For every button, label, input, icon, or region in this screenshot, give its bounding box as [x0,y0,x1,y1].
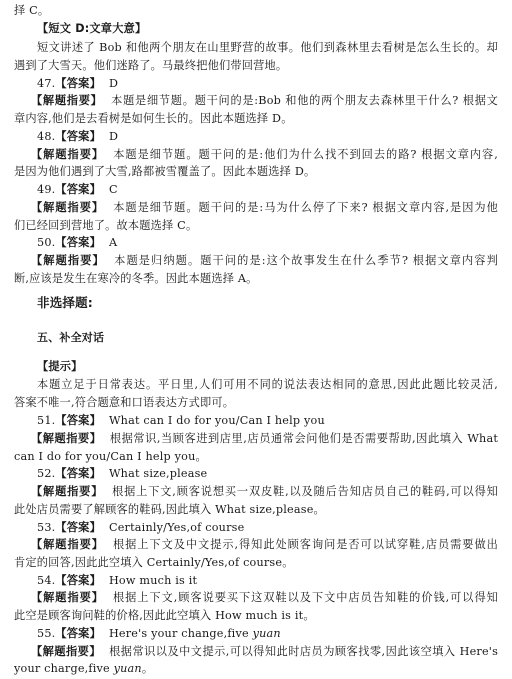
answer-label: 【答案】 [55,574,101,587]
answer-47: 47.【答案】D [37,77,498,91]
explanation-50-line1: 【解题指要】 本题是归纳题。题干问的是:这个故事发生在什么季节? 根据文章内容判 [31,254,498,268]
answer-value: C [109,183,118,196]
question-number: 51. [37,414,55,427]
explanation-55-line1: 【解题指要】 根据常识以及中文提示,可以得知此时店员为顾客找零,因此该空填入 H… [31,645,498,659]
question-number: 53. [37,521,55,534]
answer-label: 【答案】 [55,183,101,196]
answer-label: 【答案】 [55,414,101,427]
answer-55: 55.【答案】Here's your change,five yuan [37,627,498,641]
answer-51: 51.【答案】What can I do for you/Can I help … [37,414,498,428]
explanation-label: 【解题指要】 [31,591,104,604]
explanation-label: 【解题指要】 [31,148,104,161]
answer-value-italic: yuan [253,627,281,640]
answer-value: What size,please [109,467,207,480]
explanation-49-line2: 们已经回到营地了。故本题选择 C。 [14,219,498,233]
explanation-53-line2: 肯定的回答,因此此空填入 Certainly/Yes,of course。 [14,556,498,570]
explanation-label: 【解题指要】 [31,201,104,214]
answer-value: Here's your change,five yuan [109,627,281,640]
passage-d-summary-line2: 遇到了大雪天。他们迷路了。马最终把他们带回营地。 [14,59,498,73]
answer-value: D [109,130,118,143]
explanation-50-line2: 断,应该是发生在寒冷的冬季。因此本题选择 A。 [14,272,498,286]
explanation-47-line2: 章内容,他们是去看树是如何生长的。因此本题选择 D。 [14,112,498,126]
question-number: 55. [37,627,55,640]
section-title-non-choice: 非选择题: [37,296,498,310]
explanation-text: 本题是归纳题。题干问的是:这个故事发生在什么季节? 根据文章内容判 [114,254,498,267]
answer-52: 52.【答案】What size,please [37,467,498,481]
hint-line2: 答案不唯一,符合题意和口语表达方式即可。 [14,396,498,410]
explanation-52-line2: 此处店员需要了解顾客的鞋码,因此填入 What size,please。 [14,503,498,517]
explanation-suffix: 。 [142,662,153,675]
explanation-52-line1: 【解题指要】 根据上下文,顾客说想买一双皮鞋,以及随后告知店员自己的鞋码,可以得… [31,485,498,499]
answer-value: How much is it [109,574,197,587]
answer-label: 【答案】 [55,236,101,249]
part-five-title: 五、补全对话 [37,331,498,345]
answer-48: 48.【答案】D [37,130,498,144]
question-number: 52. [37,467,55,480]
answer-label: 【答案】 [55,627,101,640]
answer-49: 49.【答案】C [37,183,498,197]
explanation-text: 根据上下文,顾客说要买下这双鞋以及下文中店员告知鞋的价钱,可以得知 [113,591,498,604]
answer-value-text: Here's your change,five [109,627,253,640]
question-number: 47. [37,77,55,90]
answer-value: D [109,77,118,90]
passage-d-title: 【短文 D:文章大意】 [37,22,498,36]
explanation-54-line1: 【解题指要】 根据上下文,顾客说要买下这双鞋以及下文中店员告知鞋的价钱,可以得知 [31,591,498,605]
hint-line1: 本题立足于日常表达。平日里,人们可用不同的说法表达相同的意思,因此此题比较灵活, [37,378,498,392]
carryover-text: 择 C。 [14,4,498,18]
answer-value: Certainly/Yes,of course [109,521,244,534]
answer-53: 53.【答案】Certainly/Yes,of course [37,521,498,535]
explanation-label: 【解题指要】 [31,485,103,498]
explanation-italic: yuan [114,662,142,675]
explanation-text: 根据上下文,顾客说想买一双皮鞋,以及随后告知店员自己的鞋码,可以得知 [112,485,498,498]
explanation-49-line1: 【解题指要】 本题是细节题。题干问的是:马为什么停了下来? 根据文章内容,是因为… [31,201,498,215]
explanation-55-line2: your charge,five yuan。 [14,662,498,676]
explanation-53-line1: 【解题指要】 根据上下文及中文提示,得知此处顾客询问是否可以试穿鞋,店员需要做出 [31,538,498,552]
explanation-text: 根据常识,当顾客进到店里,店员通常会问他们是否需要帮助,因此填入 What [110,432,498,445]
explanation-text: 本题是细节题。题干问的是:他们为什么找不到回去的路? 根据文章内容, [113,148,498,161]
explanation-48-line1: 【解题指要】 本题是细节题。题干问的是:他们为什么找不到回去的路? 根据文章内容… [31,148,498,162]
explanation-54-line2: 此空是顾客询问鞋的价格,因此此空填入 How much is it。 [14,609,498,623]
answer-label: 【答案】 [55,467,101,480]
explanation-51-line2: can I do for you/Can I help you。 [14,450,498,464]
explanation-text: your charge,five [14,662,114,675]
question-number: 49. [37,183,55,196]
answer-label: 【答案】 [55,77,101,90]
document-page: 择 C。 【短文 D:文章大意】 短文讲述了 Bob 和他两个朋友在山里野营的故… [0,0,512,679]
explanation-label: 【解题指要】 [31,538,104,551]
explanation-text: 根据上下文及中文提示,得知此处顾客询问是否可以试穿鞋,店员需要做出 [113,538,498,551]
explanation-text: 根据常识以及中文提示,可以得知此时店员为顾客找零,因此该空填入 Here's [109,645,498,658]
explanation-label: 【解题指要】 [31,94,103,107]
answer-value: What can I do for you/Can I help you [109,414,325,427]
answer-value: A [109,236,117,249]
explanation-51-line1: 【解题指要】 根据常识,当顾客进到店里,店员通常会问他们是否需要帮助,因此填入 … [31,432,498,446]
explanation-label: 【解题指要】 [31,254,105,267]
explanation-text: 本题是细节题。题干问的是:马为什么停了下来? 根据文章内容,是因为他 [113,201,498,214]
answer-50: 50.【答案】A [37,236,498,250]
question-number: 48. [37,130,55,143]
hint-label: 【提示】 [37,360,498,374]
explanation-text: 本题是细节题。题干问的是:Bob 和他的两个朋友去森林里干什么? 根据文 [111,94,498,107]
answer-label: 【答案】 [55,130,101,143]
question-number: 50. [37,236,55,249]
explanation-label: 【解题指要】 [31,432,102,445]
explanation-47-line1: 【解题指要】 本题是细节题。题干问的是:Bob 和他的两个朋友去森林里干什么? … [31,94,498,108]
explanation-48-line2: 是因为他们遇到了大雪,路都被雪覆盖了。因此本题选择 D。 [14,165,498,179]
answer-label: 【答案】 [55,521,101,534]
answer-54: 54.【答案】How much is it [37,574,498,588]
passage-d-summary-line1: 短文讲述了 Bob 和他两个朋友在山里野营的故事。他们到森林里去看树是怎么生长的… [37,41,498,55]
explanation-label: 【解题指要】 [31,645,101,658]
question-number: 54. [37,574,55,587]
